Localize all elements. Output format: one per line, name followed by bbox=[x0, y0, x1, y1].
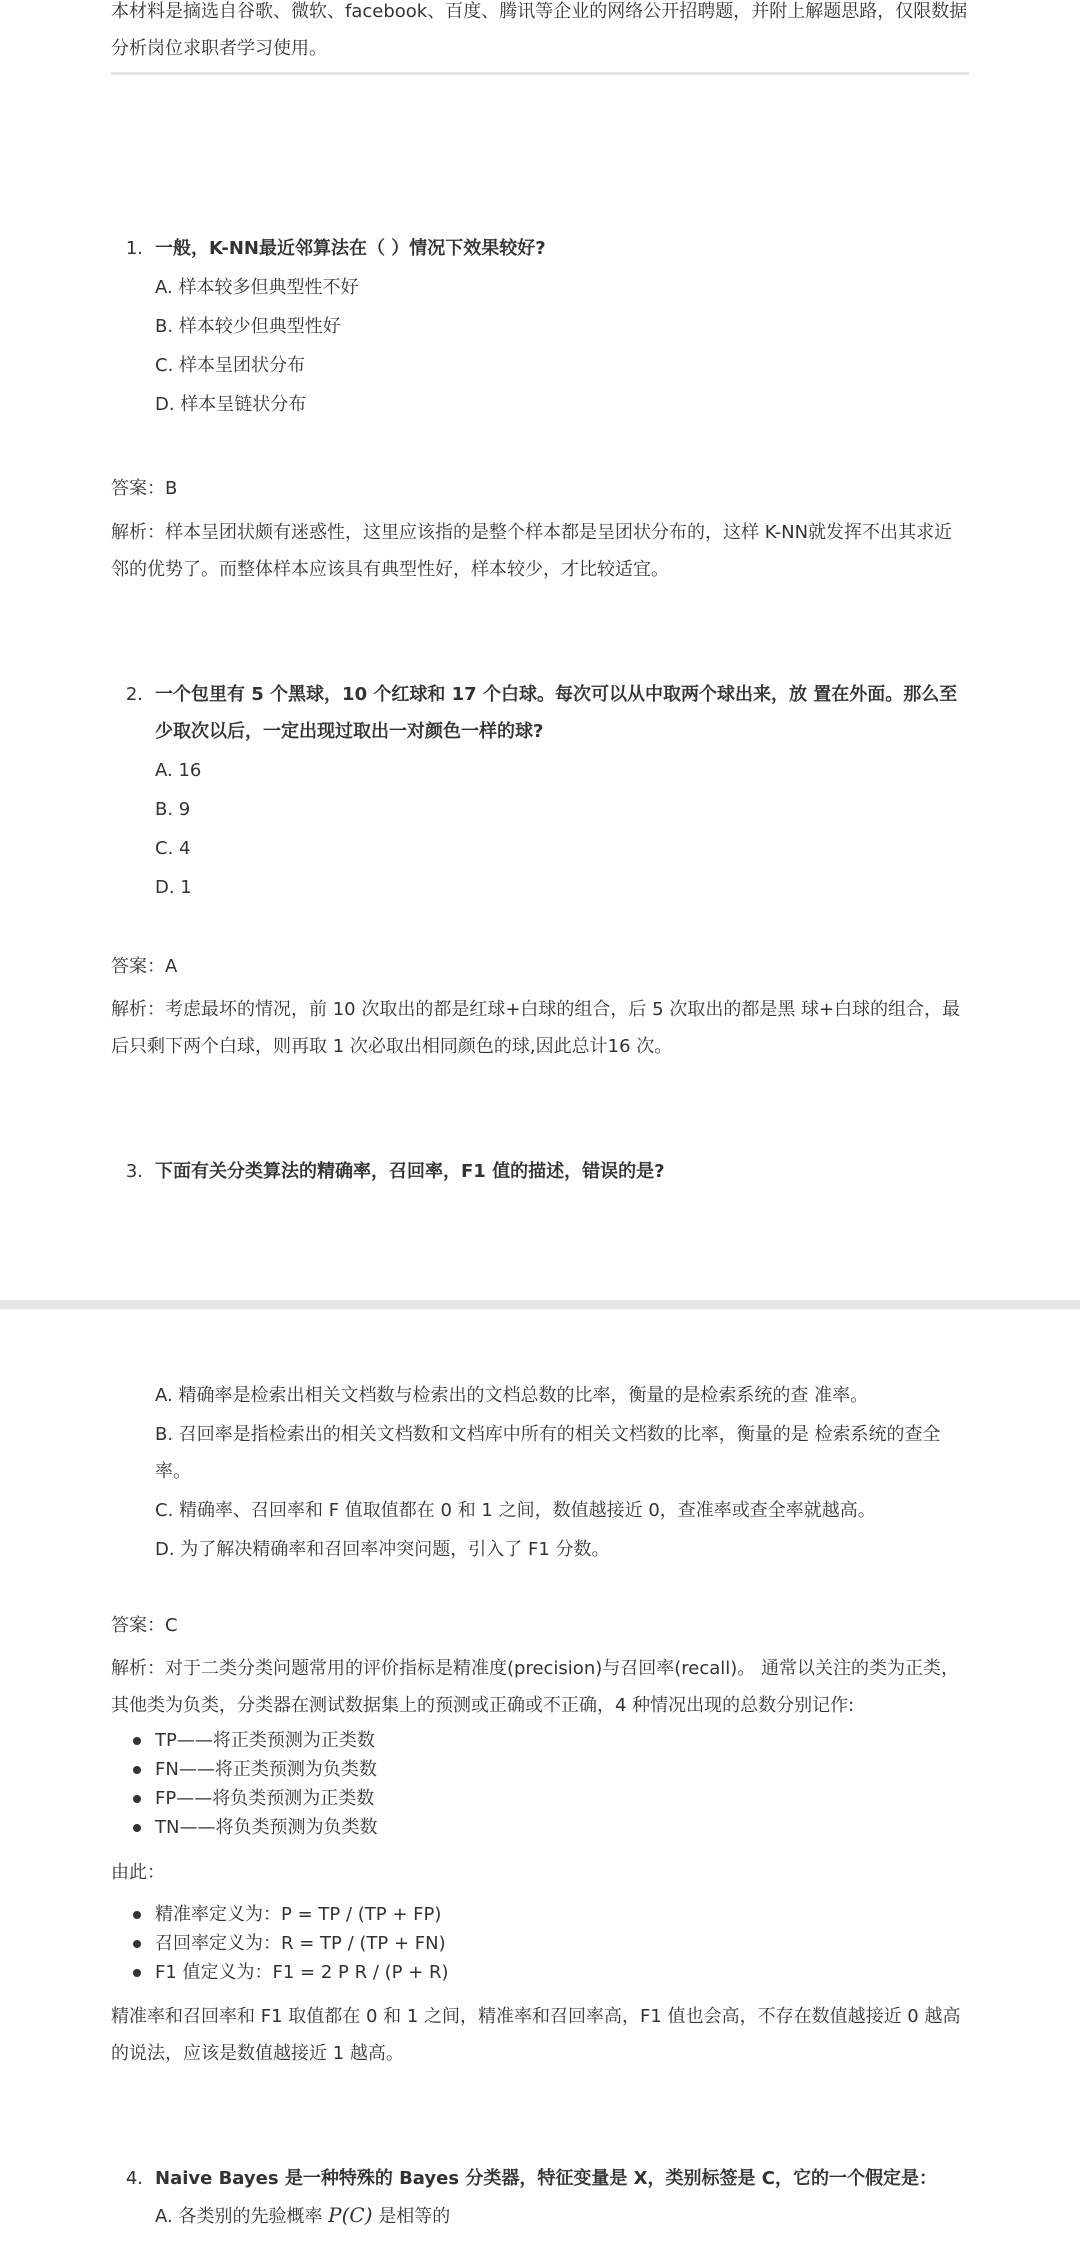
option-a: A. 精确率是检索出相关文档数与检索出的文档总数的比率，衡量的是检索系统的查 准… bbox=[111, 1377, 969, 1414]
analysis-3: 解析：对于二类分类问题常用的评价指标是精准度(precision)与召回率(re… bbox=[111, 1650, 969, 1724]
option-c: C. 4 bbox=[111, 830, 969, 867]
question-3: 3. 下面有关分类算法的精确率，召回率，F1 值的描述，错误的是? bbox=[111, 1153, 969, 1190]
option-b: B. 9 bbox=[111, 791, 969, 828]
option-d: D. 为了解决精确率和召回率冲突问题，引入了 F1 分数。 bbox=[111, 1531, 969, 1568]
math-expression: P(C) bbox=[328, 2203, 372, 2227]
analysis-1: 解析：样本呈团状颇有迷惑性，这里应该指的是整个样本都是呈团状分布的，这样 K-N… bbox=[111, 514, 969, 588]
question-number: 2. bbox=[111, 676, 155, 750]
question-text: 下面有关分类算法的精确率，召回率，F1 值的描述，错误的是? bbox=[155, 1153, 969, 1190]
option-c: C. 精确率、召回率和 F 值取值都在 0 和 1 之间，数值越接近 0，查准率… bbox=[111, 1492, 969, 1529]
conclusion-3: 精准率和召回率和 F1 取值都在 0 和 1 之间，精准率和召回率高，F1 值也… bbox=[111, 1998, 969, 2072]
question-2-stem: 2. 一个包里有 5 个黑球，10 个红球和 17 个白球。每次可以从中取两个球… bbox=[111, 676, 969, 750]
question-number: 4. bbox=[111, 2160, 155, 2197]
question-3-options: A. 精确率是检索出相关文档数与检索出的文档总数的比率，衡量的是检索系统的查 准… bbox=[111, 1377, 969, 1570]
list-item: TN——将负类预测为负类数 bbox=[111, 1813, 969, 1842]
list-item: FP——将负类预测为正类数 bbox=[111, 1784, 969, 1813]
list-item: 召回率定义为：R = TP / (TP + FN) bbox=[111, 1929, 969, 1958]
option-c: C. 样本呈团状分布 bbox=[111, 347, 969, 384]
question-3-stem: 3. 下面有关分类算法的精确率，召回率，F1 值的描述，错误的是? bbox=[111, 1153, 969, 1190]
question-4-stem: 4. Naive Bayes 是一种特殊的 Bayes 分类器，特征变量是 X，… bbox=[111, 2160, 969, 2197]
question-2: 2. 一个包里有 5 个黑球，10 个红球和 17 个白球。每次可以从中取两个球… bbox=[111, 676, 969, 908]
question-text: Naive Bayes 是一种特殊的 Bayes 分类器，特征变量是 X，类别标… bbox=[155, 2160, 969, 2197]
option-d: D. 样本呈链状分布 bbox=[111, 386, 969, 423]
list-item: TP——将正类预测为正类数 bbox=[111, 1726, 969, 1755]
list-item: FN——将正类预测为负类数 bbox=[111, 1755, 969, 1784]
option-b: B. 召回率是指检索出的相关文档数和文档库中所有的相关文档数的比率，衡量的是 检… bbox=[111, 1416, 969, 1490]
question-number: 1. bbox=[111, 230, 155, 267]
option-a: A. 样本较多但典型性不好 bbox=[111, 269, 969, 306]
question-number: 3. bbox=[111, 1153, 155, 1190]
answer-2: 答案：A bbox=[111, 948, 969, 985]
section-divider bbox=[111, 72, 969, 75]
option-b: B. 样本较少但典型性好 bbox=[111, 308, 969, 345]
option-a: A. 各类别的先验概率 P(C) 是相等的 bbox=[111, 2197, 969, 2235]
answer-3: 答案：C bbox=[111, 1607, 969, 1644]
intro-paragraph: 本材料是摘选自谷歌、微软、facebook、百度、腾讯等企业的网络公开招聘题，并… bbox=[111, 0, 969, 67]
question-text: 一个包里有 5 个黑球，10 个红球和 17 个白球。每次可以从中取两个球出来，… bbox=[155, 676, 969, 750]
confusion-cases-list: TP——将正类预测为正类数 FN——将正类预测为负类数 FP——将负类预测为正类… bbox=[111, 1726, 969, 1842]
thus-label: 由此： bbox=[111, 1854, 969, 1891]
option-a-prefix: A. 各类别的先验概率 bbox=[155, 2206, 328, 2227]
option-a-suffix: 是相等的 bbox=[373, 2206, 451, 2227]
question-text: 一般，K-NN最近邻算法在（ ）情况下效果较好? bbox=[155, 230, 969, 267]
list-item: F1 值定义为：F1 = 2 P R / (P + R) bbox=[111, 1958, 969, 1987]
option-a: A. 16 bbox=[111, 752, 969, 789]
list-item: 精准率定义为：P = TP / (TP + FP) bbox=[111, 1900, 969, 1929]
option-d: D. 1 bbox=[111, 869, 969, 906]
answer-1: 答案：B bbox=[111, 470, 969, 507]
formulas-list: 精准率定义为：P = TP / (TP + FP) 召回率定义为：R = TP … bbox=[111, 1900, 969, 1987]
analysis-2: 解析：考虑最坏的情况，前 10 次取出的都是红球+白球的组合，后 5 次取出的都… bbox=[111, 991, 969, 1065]
page-break bbox=[0, 1300, 1080, 1309]
question-1-stem: 1. 一般，K-NN最近邻算法在（ ）情况下效果较好? bbox=[111, 230, 969, 267]
question-1: 1. 一般，K-NN最近邻算法在（ ）情况下效果较好? A. 样本较多但典型性不… bbox=[111, 230, 969, 425]
question-4: 4. Naive Bayes 是一种特殊的 Bayes 分类器，特征变量是 X，… bbox=[111, 2160, 969, 2237]
